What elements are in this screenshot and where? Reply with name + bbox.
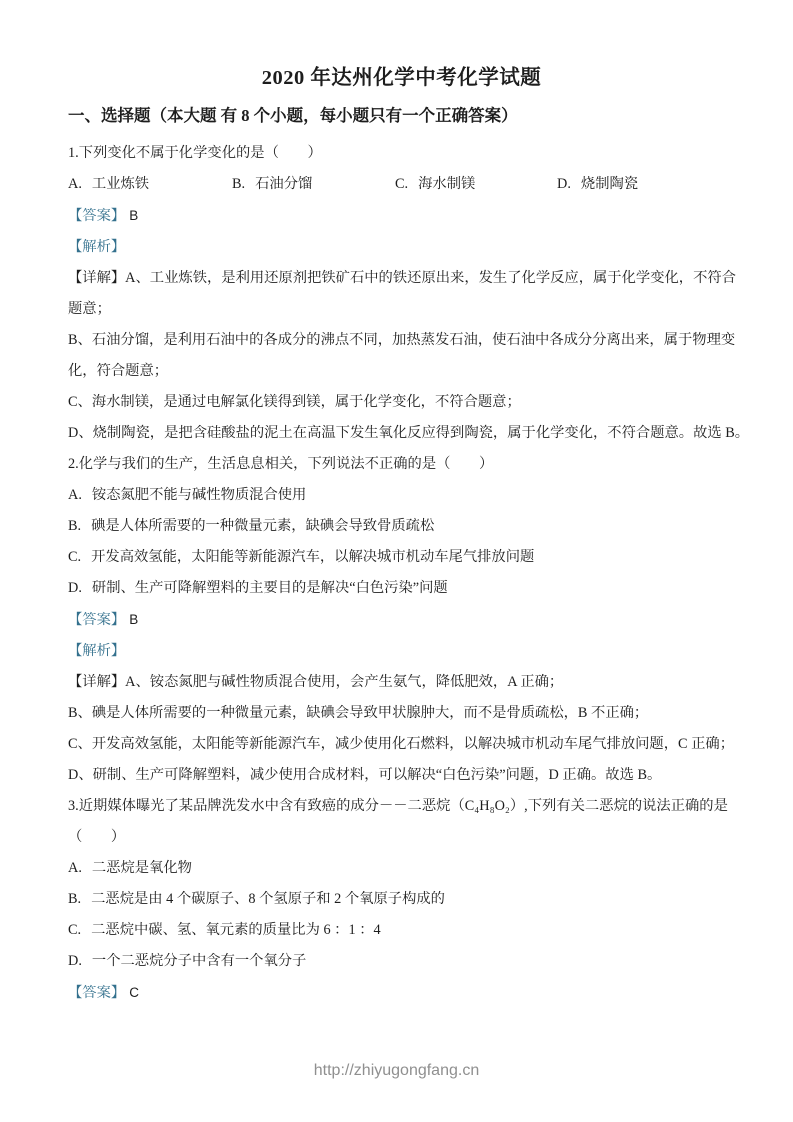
option-c: C.海水制镁 bbox=[395, 169, 557, 200]
option-text: 二恶烷中碳、氢、氧元素的质量比为 6 ：1 ：4 bbox=[91, 922, 381, 938]
exam-title: 2020 年达州化学中考化学试题 bbox=[68, 64, 735, 92]
option-text: 二恶烷是氧化物 bbox=[92, 860, 192, 876]
detail-line: D、烧制陶瓷，是把含硅酸盐的泥土在高温下发生氧化反应得到陶瓷，属于化学变化，不符… bbox=[68, 418, 735, 449]
option-text: 研制、生产可降解塑料的主要目的是解决“白色污染”问题 bbox=[92, 580, 448, 596]
option-key: C. bbox=[395, 176, 408, 192]
section-heading: 一、选择题（本大题 有 8 个小题，每小题只有一个正确答案） bbox=[68, 104, 735, 128]
analysis-label: 【解析】 bbox=[68, 239, 125, 255]
option-c: C.二恶烷中碳、氢、氧元素的质量比为 6 ：1 ：4 bbox=[68, 915, 735, 946]
detail-line: D、研制、生产可降解塑料，减少使用合成材料，可以解决“白色污染”问题，D 正确。… bbox=[68, 760, 735, 791]
answer-label: 【答案】 bbox=[68, 612, 125, 628]
exam-document: 2020 年达州化学中考化学试题 一、选择题（本大题 有 8 个小题，每小题只有… bbox=[0, 0, 793, 1122]
answer-line: 【答案】C bbox=[68, 977, 735, 1009]
detail-line: 题意； bbox=[68, 294, 735, 325]
option-c: C.开发高效氢能，太阳能等新能源汽车，以解决城市机动车尾气排放问题 bbox=[68, 542, 735, 573]
option-text: 碘是人体所需要的一种微量元素，缺碘会导致骨质疏松 bbox=[91, 518, 434, 534]
option-text: 开发高效氢能，太阳能等新能源汽车，以解决城市机动车尾气排放问题 bbox=[91, 549, 534, 565]
detail-line: B、石油分馏，是利用石油中的各成分的沸点不同，加热蒸发石油，使石油中各成分分离出… bbox=[68, 325, 735, 356]
question-2: 2.化学与我们的生产，生活息息相关，下列说法不正确的是（ ） A.铵态氮肥不能与… bbox=[68, 449, 735, 791]
option-key: D. bbox=[68, 580, 82, 596]
answer-line: 【答案】B bbox=[68, 200, 735, 232]
option-b: B.碘是人体所需要的一种微量元素，缺碘会导致骨质疏松 bbox=[68, 511, 735, 542]
option-b: B.二恶烷是由 4 个碳原子、8 个氢原子和 2 个氧原子构成的 bbox=[68, 884, 735, 915]
question-1-stem: 1.下列变化不属于化学变化的是（ ） bbox=[68, 138, 735, 169]
option-key: A. bbox=[68, 487, 82, 503]
question-1-options-row: A.工业炼铁 B.石油分馏 C.海水制镁 D.烧制陶瓷 bbox=[68, 169, 735, 200]
option-key: A. bbox=[68, 860, 82, 876]
option-d: D.一个二恶烷分子中含有一个氧分子 bbox=[68, 946, 735, 977]
detail-line: C、海水制镁，是通过电解氯化镁得到镁，属于化学变化，不符合题意； bbox=[68, 387, 735, 418]
question-3-stem: 3.近期媒体曝光了某品牌洗发水中含有致癌的成分－－二恶烷（C₄H₈O₂）,下列有… bbox=[68, 791, 735, 822]
option-text: 铵态氮肥不能与碱性物质混合使用 bbox=[92, 487, 306, 503]
option-key: A. bbox=[68, 176, 82, 192]
option-key: C. bbox=[68, 922, 81, 938]
option-text: 海水制镁 bbox=[418, 176, 475, 192]
answer-label: 【答案】 bbox=[68, 208, 125, 224]
question-3-stem-blank: （ ） bbox=[68, 822, 735, 853]
detail-line: C、开发高效氢能，太阳能等新能源汽车，减少使用化石燃料，以解决城市机动车尾气排放… bbox=[68, 729, 735, 760]
option-key: B. bbox=[232, 176, 245, 192]
question-1: 1.下列变化不属于化学变化的是（ ） A.工业炼铁 B.石油分馏 C.海水制镁 … bbox=[68, 138, 735, 449]
answer-value: B bbox=[129, 208, 138, 223]
analysis-label: 【解析】 bbox=[68, 643, 125, 659]
footer-watermark-url: http://zhiyugongfang.cn bbox=[0, 1062, 793, 1080]
option-key: B. bbox=[68, 891, 81, 907]
question-2-stem: 2.化学与我们的生产，生活息息相关，下列说法不正确的是（ ） bbox=[68, 449, 735, 480]
question-3: 3.近期媒体曝光了某品牌洗发水中含有致癌的成分－－二恶烷（C₄H₈O₂）,下列有… bbox=[68, 791, 735, 1009]
option-a: A.二恶烷是氧化物 bbox=[68, 853, 735, 884]
option-key: C. bbox=[68, 549, 81, 565]
option-text: 二恶烷是由 4 个碳原子、8 个氢原子和 2 个氧原子构成的 bbox=[91, 891, 445, 907]
detail-line: 【详解】A、铵态氮肥与碱性物质混合使用，会产生氨气，降低肥效，A 正确； bbox=[68, 667, 735, 698]
option-key: B. bbox=[68, 518, 81, 534]
answer-value: C bbox=[129, 985, 139, 1000]
option-text: 石油分馏 bbox=[255, 176, 312, 192]
option-a: A.工业炼铁 bbox=[68, 169, 232, 200]
answer-line: 【答案】B bbox=[68, 604, 735, 636]
answer-label: 【答案】 bbox=[68, 985, 125, 1001]
option-b: B.石油分馏 bbox=[232, 169, 395, 200]
detail-line: 化，符合题意； bbox=[68, 356, 735, 387]
analysis-line: 【解析】 bbox=[68, 636, 735, 667]
option-text: 工业炼铁 bbox=[92, 176, 149, 192]
option-key: D. bbox=[557, 176, 571, 192]
detail-line: 【详解】A、工业炼铁，是利用还原剂把铁矿石中的铁还原出来，发生了化学反应，属于化… bbox=[68, 263, 735, 294]
option-a: A.铵态氮肥不能与碱性物质混合使用 bbox=[68, 480, 735, 511]
document-body: 2020 年达州化学中考化学试题 一、选择题（本大题 有 8 个小题，每小题只有… bbox=[0, 0, 793, 1009]
option-d: D.研制、生产可降解塑料的主要目的是解决“白色污染”问题 bbox=[68, 573, 735, 604]
detail-line: B、碘是人体所需要的一种微量元素，缺碘会导致甲状腺肿大，而不是骨质疏松，B 不正… bbox=[68, 698, 735, 729]
answer-value: B bbox=[129, 612, 138, 627]
analysis-line: 【解析】 bbox=[68, 232, 735, 263]
option-key: D. bbox=[68, 953, 82, 969]
option-text: 一个二恶烷分子中含有一个氧分子 bbox=[92, 953, 306, 969]
option-text: 烧制陶瓷 bbox=[581, 176, 638, 192]
option-d: D.烧制陶瓷 bbox=[557, 169, 735, 200]
